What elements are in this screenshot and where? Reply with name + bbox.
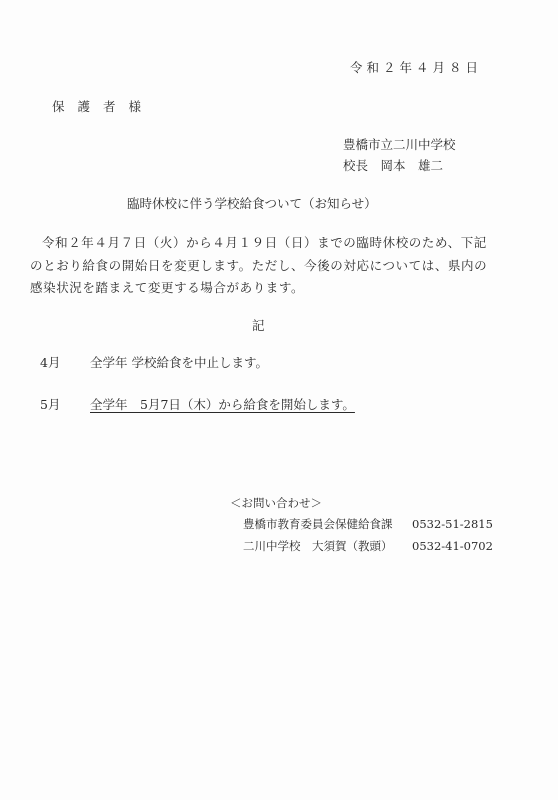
document-date: 令和２年４月８日 <box>350 60 482 76</box>
contact-name-2: 二川中学校 大須賀（教頭） <box>243 538 393 554</box>
body-line-1: 令和２年４月７日（火）から４月１９日（日）までの臨時休校のため、下記 <box>42 235 487 251</box>
document-title: 臨時休校に伴う学校給食ついて（お知らせ） <box>127 196 377 212</box>
item-text-april: 全学年 学校給食を中止します。 <box>90 355 268 371</box>
contact-name-1: 豊橋市教育委員会保健給食課 <box>243 516 393 532</box>
item-text-may: 全学年 5月7日（木）から給食を開始します。 <box>90 397 355 413</box>
item-month-april: 4月 <box>40 355 60 371</box>
addressee: 保護者様 <box>52 99 154 115</box>
body-line-3: 感染状況を踏まえて変更する場合があります。 <box>30 280 304 296</box>
item-month-may: 5月 <box>40 397 60 413</box>
sender-principal: 校長 岡本 雄二 <box>343 158 443 174</box>
contact-heading: ＜お問い合わせ＞ <box>230 495 322 511</box>
ki-heading: 記 <box>252 318 265 334</box>
sender-school: 豊橋市立二川中学校 <box>343 137 456 153</box>
contact-phone-2: 0532-41-0702 <box>412 538 493 554</box>
contact-phone-1: 0532-51-2815 <box>412 516 493 532</box>
body-line-2: のとおり給食の開始日を変更します。ただし、今後の対応については、県内の <box>30 258 487 274</box>
